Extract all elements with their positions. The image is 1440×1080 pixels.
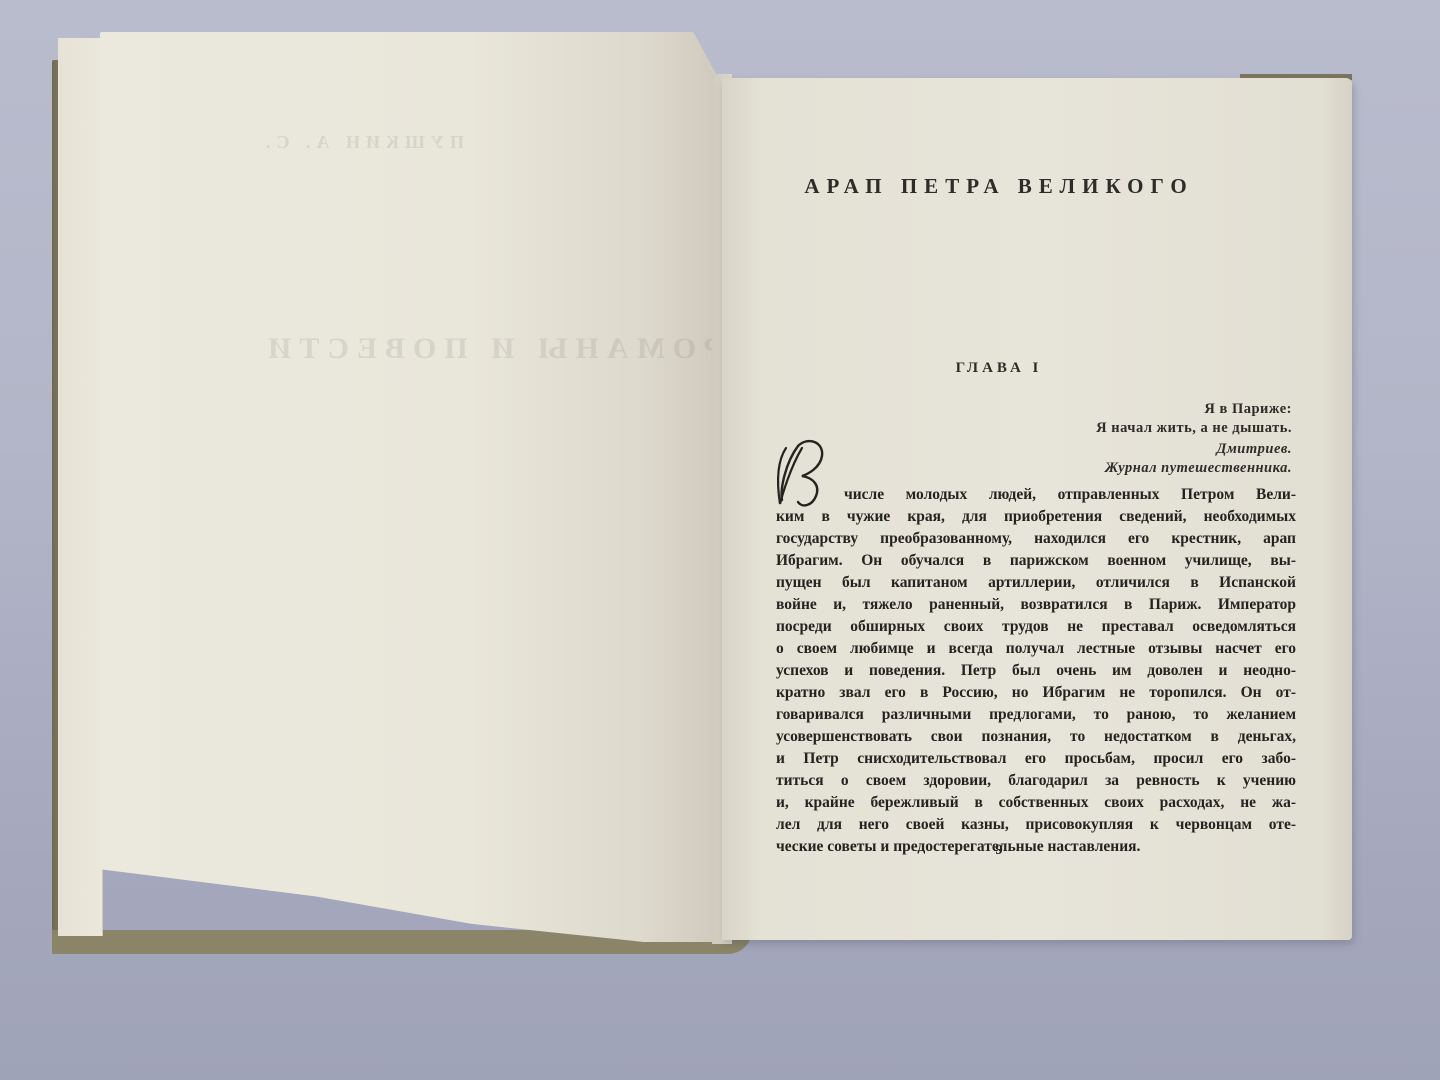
text-line: пущен был капитаном артиллерии, отличилс… — [776, 572, 1296, 594]
epigraph-line: Я начал жить, а не дышать. — [1096, 419, 1292, 438]
text-line: о своем любимце и всегда получал лестные… — [776, 638, 1296, 660]
text-line: и, крайне бережливый в собственных своих… — [776, 792, 1296, 814]
text-line: посреди обширных своих трудов не престав… — [776, 616, 1296, 638]
text-line: войне и, тяжело раненный, возвратился в … — [776, 594, 1296, 616]
text-line: титься о своем здоровии, благодарил за р… — [776, 770, 1296, 792]
flyleaf — [58, 38, 103, 936]
chapter-body: числе молодых людей, отправленных Петром… — [776, 484, 1296, 858]
text-line: успехов и поведения. Петр был очень им д… — [776, 660, 1296, 682]
text-line: говаривался различными предлогами, то ра… — [776, 704, 1296, 726]
epigraph-source: Журнал путешественника. — [1096, 459, 1292, 478]
text-line: лел для него своей казны, присовокупляя … — [776, 814, 1296, 836]
book-title: АРАП ПЕТРА ВЕЛИКОГО — [684, 174, 1314, 199]
chapter-title: ГЛАВА I — [684, 360, 1314, 377]
text-line: кратно звал его в Россию, но Ибрагим не … — [776, 682, 1296, 704]
page-number: 9 — [684, 842, 1314, 859]
right-page: АРАП ПЕТРА ВЕЛИКОГО ГЛАВА I Я в Париже: … — [722, 78, 1352, 940]
text-line: государству преобразованному, находился … — [776, 528, 1296, 550]
text-line: ким в чужие края, для приобретения сведе… — [776, 506, 1296, 528]
text-line: числе молодых людей, отправленных Петром… — [776, 484, 1296, 506]
epigraph-author: Дмитриев. — [1096, 440, 1292, 459]
text-line: усовершенствовать свои познания, то недо… — [776, 726, 1296, 748]
bleed-through-header: ПУШКИН А. С. — [260, 132, 464, 153]
left-page: ПУШКИН А. С. РОМАНЫ И ПОВЕСТИ — [100, 32, 718, 942]
epigraph: Я в Париже: Я начал жить, а не дышать. Д… — [1096, 400, 1292, 478]
text-line: и Петр снисходительствовал его просьбам,… — [776, 748, 1296, 770]
text-line: Ибрагим. Он обучался в парижском военном… — [776, 550, 1296, 572]
epigraph-line: Я в Париже: — [1096, 400, 1292, 419]
bleed-through-title: РОМАНЫ И ПОВЕСТИ — [260, 332, 722, 366]
